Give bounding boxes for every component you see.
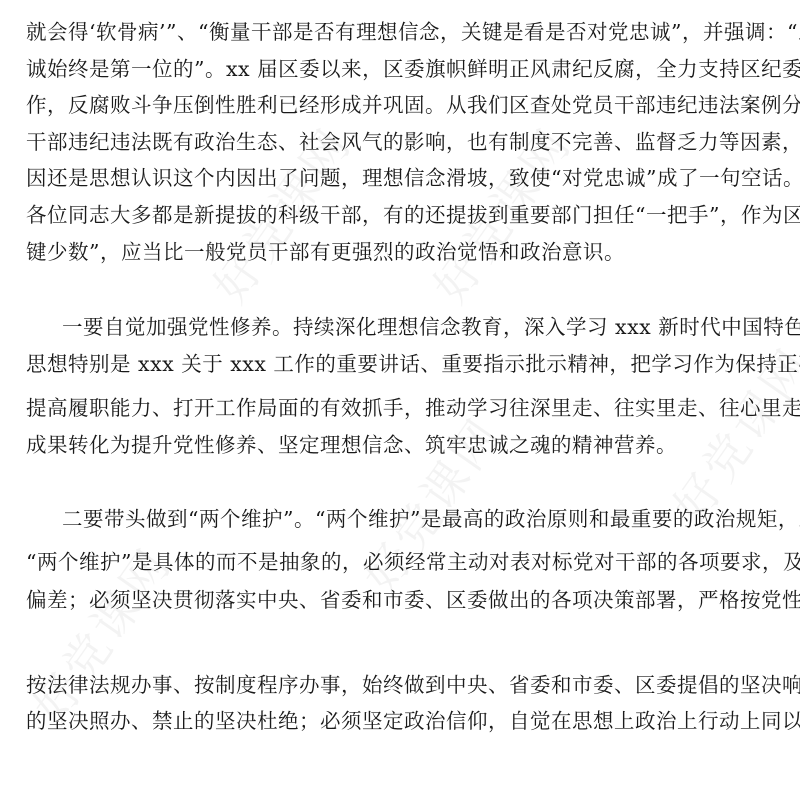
text-line: 成果转化为提升党性修养、坚定理想信念、筑牢忠诚之魂的精神营养。 bbox=[26, 433, 774, 457]
text-line: 各位同志大多都是新提拔的科级干部，有的还提拔到重要部门担任“一把手”，作为区里的… bbox=[26, 203, 774, 227]
document-page: 好党课网 好党课网 好党课网 好党课网 好党课网 就会得‘软骨病’”、“衡量干部… bbox=[0, 0, 800, 800]
text-line: 的坚决照办、禁止的坚决杜绝；必须坚定政治信仰，自觉在思想上政治上行动上同以 xx… bbox=[26, 709, 774, 733]
text-line: 因还是思想认识这个内因出了问题，理想信念滑坡，致使“对党忠诚”成了一句空话。在座… bbox=[26, 166, 774, 190]
text-line: 提高履职能力、打开工作局面的有效抓手，推动学习往深里走、往实里走、往心里走，把学… bbox=[26, 396, 774, 420]
text-line: 就会得‘软骨病’”、“衡量干部是否有理想信念，关键是看是否对党忠诚”，并强调：“… bbox=[26, 20, 774, 44]
text-line: 思想特别是 xxx 关于 xxx 工作的重要讲话、重要指示批示精神，把学习作为保… bbox=[26, 352, 774, 376]
text-line: 诚始终是第一位的”。xx 届区委以来，区委旗帜鲜明正风肃纪反腐，全力支持区纪委监… bbox=[26, 57, 774, 81]
text-line: 键少数”，应当比一般党员干部有更强烈的政治觉悟和政治意识。 bbox=[26, 240, 774, 264]
text-line: 按法律法规办事、按制度程序办事，始终做到中央、省委和市委、区委提倡的坚决响应，决… bbox=[26, 673, 774, 697]
text-line: 作，反腐败斗争压倒性胜利已经形成并巩固。从我们区查处党员干部违纪违法案例分析，党… bbox=[26, 93, 774, 117]
text-line: 偏差；必须坚决贯彻落实中央、省委和市委、区委做出的各项决策部署，严格按党性原则办… bbox=[26, 588, 774, 612]
text-line: 干部违纪违法既有政治生态、社会风气的影响，也有制度不完善、监督乏力等因素，但究其… bbox=[26, 130, 774, 154]
text-line: 一要自觉加强党性修养。持续深化理想信念教育，深入学习 xxx 新时代中国特色社会… bbox=[62, 315, 774, 339]
text-line: 二要带头做到“两个维护”。“两个维护”是最高的政治原则和最重要的政治规矩，践行 bbox=[62, 507, 774, 531]
text-line: “两个维护”是具体的而不是抽象的，必须经常主动对表对标党对干部的各项要求，及时校… bbox=[26, 550, 774, 574]
